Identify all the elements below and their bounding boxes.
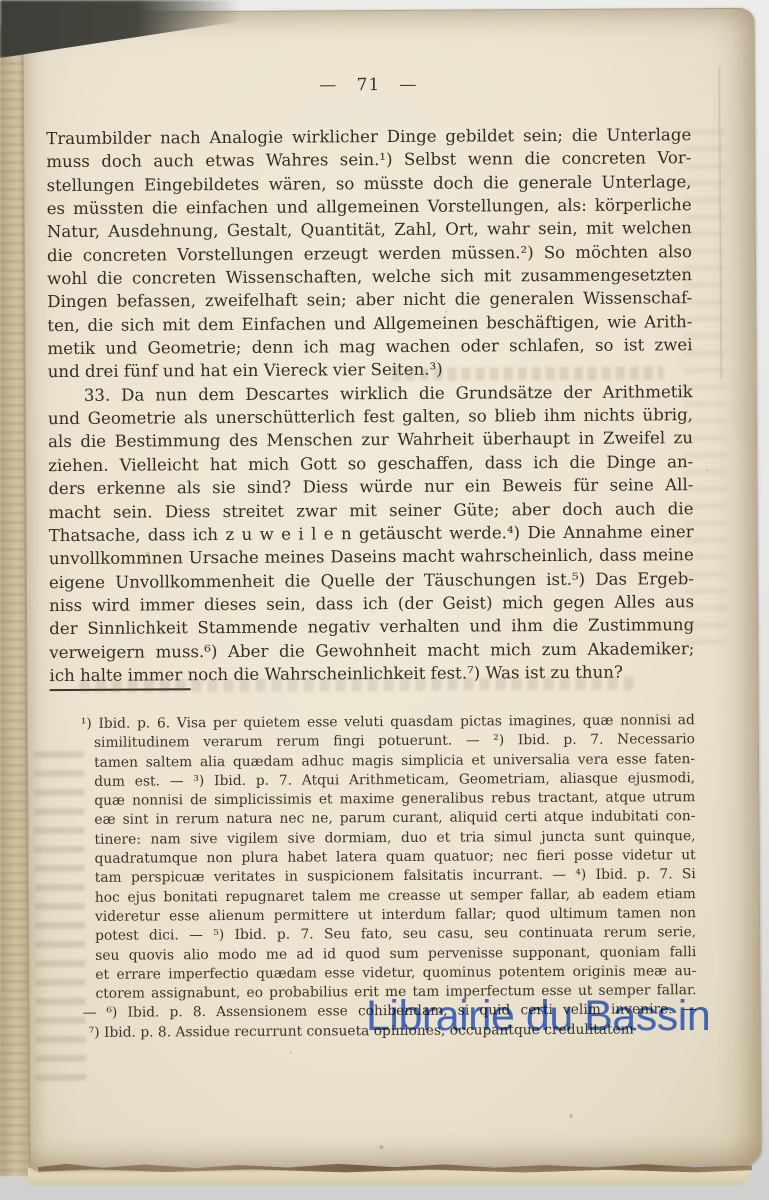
text-line: der Sinnlichkeit Stammende negativ verha…: [49, 613, 694, 640]
text-line: muss doch auch etwas Wahres sein.¹) Selb…: [46, 147, 691, 174]
body-text: Traumbilder nach Analogie wirklicher Din…: [46, 123, 694, 687]
text-line: unvollkommnen Ursache meines Daseins mac…: [49, 543, 694, 570]
book-page-photo: — 71 — Traumbilder nach Analogie wirklic…: [0, 0, 769, 1200]
bookseller-watermark: Librairie du Bassin: [366, 992, 710, 1041]
page-number: — 71 —: [46, 73, 691, 97]
text-line: metik und Geometrie; denn ich mag wachen…: [47, 333, 692, 360]
page-crease: [719, 67, 722, 379]
text-line: ich halte immer noch die Wahrscheinlichk…: [49, 660, 694, 687]
text-line: Natur, Ausdehnung, Gestalt, Quantität, Z…: [47, 217, 692, 244]
footnote-separator-rule: [50, 688, 191, 691]
text-line: ders erkenne als sie sind? Diess würde n…: [48, 473, 693, 500]
